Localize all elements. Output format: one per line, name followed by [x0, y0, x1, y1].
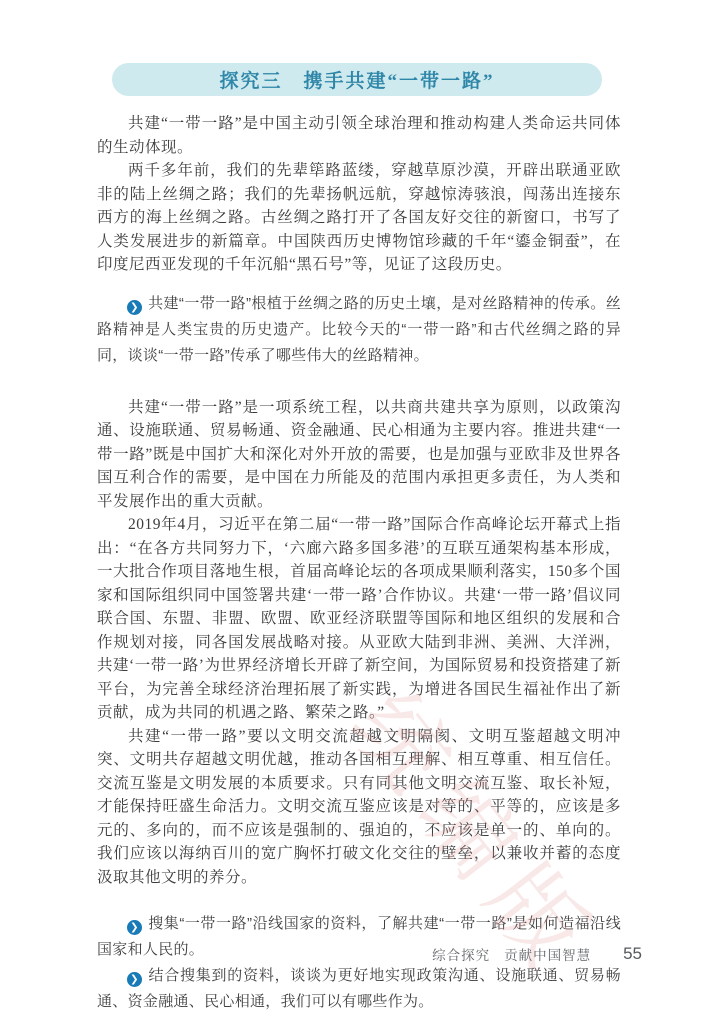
page-content: 共建“一带一路”是中国主动引领全球治理和推动构建人类命运共同体的生动体现。 两千…: [97, 112, 621, 1010]
footer-chapter: 贡献中国智慧: [504, 944, 591, 964]
activity-text: 结合搜集到的资料，谈谈为更好地实现政策沟通、设施联通、贸易畅通、资金融通、民心相…: [97, 967, 621, 1010]
spacer: [97, 889, 621, 911]
play-icon: ❯: [127, 920, 142, 935]
spacer: [97, 277, 621, 291]
section-title: 探究三 携手共建“一带一路”: [219, 66, 494, 93]
play-icon: ❯: [127, 972, 142, 987]
footer-section: 综合探究: [432, 944, 490, 964]
play-icon: ❯: [127, 300, 142, 315]
civilization-paragraph: 共建“一带一路”要以文明交流超越文明隔阂、文明互鉴超越文明冲突、文明共存超越文明…: [97, 725, 621, 890]
textbook-page: 探究三 携手共建“一带一路” 共建“一带一路”是中国主动引领全球治理和推动构建人…: [0, 0, 714, 1010]
intro-paragraph: 共建“一带一路”是中国主动引领全球治理和推动构建人类命运共同体的生动体现。: [97, 112, 621, 159]
forum-speech-paragraph: 2019年4月，习近平在第二届“一带一路”国际合作高峰论坛开幕式上指出：“在各方…: [97, 513, 621, 725]
spacer: [97, 369, 621, 396]
page-footer: 综合探究 贡献中国智慧 55: [432, 944, 642, 964]
history-paragraph: 两千多年前，我们的先辈筚路蓝缕，穿越草原沙漠，开辟出联通亚欧非的陆上丝绸之路；我…: [97, 159, 621, 277]
page-number: 55: [623, 944, 642, 964]
activity-discussion: ❯结合搜集到的资料，谈谈为更好地实现政策沟通、设施联通、贸易畅通、资金融通、民心…: [97, 963, 621, 1010]
activity-silk-road-spirit: ❯共建“一带一路”根植于丝绸之路的历史土壤，是对丝路精神的传承。丝路精神是人类宝…: [97, 291, 621, 369]
system-project-paragraph: 共建“一带一路”是一项系统工程，以共商共建共享为原则，以政策沟通、设施联通、贸易…: [97, 396, 621, 514]
section-banner: 探究三 携手共建“一带一路”: [112, 63, 602, 96]
activity-text: 共建“一带一路”根植于丝绸之路的历史土壤，是对丝路精神的传承。丝路精神是人类宝贵…: [97, 295, 621, 364]
